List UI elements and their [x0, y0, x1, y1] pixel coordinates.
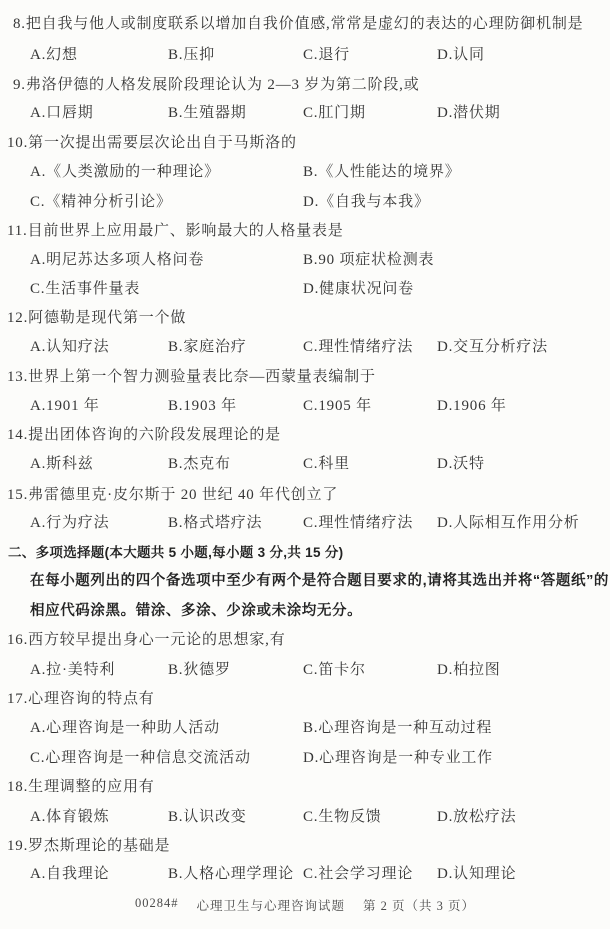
question-15-text: 弗雷德里克·皮尔斯于 20 世纪 40 年代创立了 [28, 487, 338, 503]
question-8: 8.把自我与他人或制度联系以增加自我价值感,常常是虚幻的表达的心理防御机制是 [13, 13, 583, 35]
page-number: 第 2 页（共 3 页） [363, 896, 475, 914]
question-14-option-b: B.杰克布 [168, 453, 231, 475]
question-14-option-a: A.斯科兹 [30, 453, 94, 475]
question-16: 16.西方较早提出身心一元论的思想家,有 [7, 629, 286, 651]
question-17-option-c: C.心理咨询是一种信息交流活动 [30, 747, 251, 769]
question-17-text: 心理咨询的特点有 [28, 691, 154, 707]
question-13-text: 世界上第一个智力测验量表比奈—西蒙量表编制于 [28, 369, 376, 385]
question-11-number: 11. [7, 223, 28, 239]
question-9-text: 弗洛伊德的人格发展阶段理论认为 2—3 岁为第二阶段,或 [26, 77, 420, 93]
question-19: 19.罗杰斯理论的基础是 [7, 835, 170, 857]
question-18-text: 生理调整的应用有 [28, 779, 154, 795]
paper-code: 00284# [135, 896, 179, 914]
question-18-option-d: D.放松疗法 [437, 806, 516, 828]
question-13-option-c: C.1905 年 [303, 395, 372, 417]
section-2-heading: 二、多项选择题(本大题共 5 小题,每小题 3 分,共 15 分) [8, 542, 343, 564]
question-14: 14.提出团体咨询的六阶段发展理论的是 [7, 424, 281, 446]
question-16-number: 16. [7, 632, 28, 648]
question-11-option-c: C.生活事件量表 [30, 278, 140, 300]
question-10-text: 第一次提出需要层次论出自于马斯洛的 [28, 135, 297, 151]
question-14-option-d: D.沃特 [437, 453, 485, 475]
question-12-option-b: B.家庭治疗 [168, 336, 247, 358]
question-18-number: 18. [7, 779, 28, 795]
question-10-number: 10. [7, 135, 28, 151]
question-10-option-b: B.《人性能达的境界》 [303, 161, 461, 183]
question-8-option-b: B.压抑 [168, 44, 215, 66]
question-11-option-a: A.明尼苏达多项人格问卷 [30, 249, 204, 271]
question-15: 15.弗雷德里克·皮尔斯于 20 世纪 40 年代创立了 [7, 484, 338, 506]
question-16-text: 西方较早提出身心一元论的思想家,有 [28, 632, 285, 648]
question-17-option-a: A.心理咨询是一种助人活动 [30, 717, 220, 739]
question-19-text: 罗杰斯理论的基础是 [28, 838, 170, 854]
question-9-option-c: C.肛门期 [303, 102, 366, 124]
question-10: 10.第一次提出需要层次论出自于马斯洛的 [7, 132, 297, 154]
question-15-option-b: B.格式塔疗法 [168, 512, 262, 534]
question-18: 18.生理调整的应用有 [7, 776, 155, 798]
question-8-option-a: A.幻想 [30, 44, 78, 66]
question-18-option-c: C.生物反馈 [303, 806, 382, 828]
question-15-number: 15. [7, 487, 28, 503]
question-9: 9.弗洛伊德的人格发展阶段理论认为 2—3 岁为第二阶段,或 [13, 74, 420, 96]
question-16-option-a: A.拉·美特利 [30, 659, 115, 681]
question-12-option-a: A.认知疗法 [30, 336, 109, 358]
question-11: 11.目前世界上应用最广、影响最大的人格量表是 [7, 220, 344, 242]
question-17-option-d: D.心理咨询是一种专业工作 [303, 747, 493, 769]
question-18-option-b: B.认识改变 [168, 806, 247, 828]
question-12: 12.阿德勒是现代第一个做 [7, 307, 186, 329]
question-13-number: 13. [7, 369, 28, 385]
question-12-option-d: D.交互分析疗法 [437, 336, 548, 358]
question-19-option-c: C.社会学习理论 [303, 863, 413, 885]
question-15-option-c: C.理性情绪疗法 [303, 512, 413, 534]
question-14-option-c: C.科里 [303, 453, 350, 475]
question-12-number: 12. [7, 310, 28, 326]
question-18-option-a: A.体育锻炼 [30, 806, 109, 828]
question-9-option-d: D.潜伏期 [437, 102, 501, 124]
question-14-text: 提出团体咨询的六阶段发展理论的是 [28, 427, 281, 443]
question-10-option-d: D.《自我与本我》 [303, 191, 430, 213]
question-15-option-d: D.人际相互作用分析 [437, 512, 580, 534]
question-11-option-d: D.健康状况问卷 [303, 278, 414, 300]
question-8-option-d: D.认同 [437, 44, 485, 66]
question-8-option-c: C.退行 [303, 44, 350, 66]
question-11-option-b: B.90 项症状检测表 [303, 249, 434, 271]
question-14-number: 14. [7, 427, 28, 443]
exam-page: 8.把自我与他人或制度联系以增加自我价值感,常常是虚幻的表达的心理防御机制是 A… [0, 0, 610, 929]
question-12-option-c: C.理性情绪疗法 [303, 336, 413, 358]
question-9-option-b: B.生殖器期 [168, 102, 247, 124]
question-19-option-d: D.认知理论 [437, 863, 516, 885]
question-19-option-a: A.自我理论 [30, 863, 109, 885]
question-19-number: 19. [7, 838, 28, 854]
question-16-option-b: B.狄德罗 [168, 659, 231, 681]
question-11-text: 目前世界上应用最广、影响最大的人格量表是 [28, 223, 344, 239]
question-17: 17.心理咨询的特点有 [7, 688, 155, 710]
question-13-option-a: A.1901 年 [30, 395, 100, 417]
question-8-number: 8. [13, 16, 26, 32]
question-17-number: 17. [7, 691, 28, 707]
question-10-option-c: C.《精神分析引论》 [30, 191, 172, 213]
question-13-option-b: B.1903 年 [168, 395, 237, 417]
paper-title: 心理卫生与心理咨询试题 [196, 896, 345, 914]
question-16-option-d: D.柏拉图 [437, 659, 501, 681]
question-13: 13.世界上第一个智力测验量表比奈—西蒙量表编制于 [7, 366, 376, 388]
page-footer: 00284# 心理卫生与心理咨询试题 第 2 页（共 3 页） [0, 896, 610, 914]
question-10-option-a: A.《人类激励的一种理论》 [30, 161, 220, 183]
section-2-instructions-line-2: 相应代码涂黑。错涂、多涂、少涂或未涂均无分。 [30, 600, 362, 622]
question-17-option-b: B.心理咨询是一种互动过程 [303, 717, 492, 739]
section-2-instructions-line-1: 在每小题列出的四个备选项中至少有两个是符合题目要求的,请将其选出并将“答题纸”的 [30, 570, 609, 592]
question-13-option-d: D.1906 年 [437, 395, 507, 417]
question-8-text: 把自我与他人或制度联系以增加自我价值感,常常是虚幻的表达的心理防御机制是 [26, 16, 584, 32]
question-15-option-a: A.行为疗法 [30, 512, 109, 534]
question-19-option-b: B.人格心理学理论 [168, 863, 294, 885]
question-9-number: 9. [13, 77, 26, 93]
question-9-option-a: A.口唇期 [30, 102, 94, 124]
question-16-option-c: C.笛卡尔 [303, 659, 366, 681]
question-12-text: 阿德勒是现代第一个做 [28, 310, 186, 326]
